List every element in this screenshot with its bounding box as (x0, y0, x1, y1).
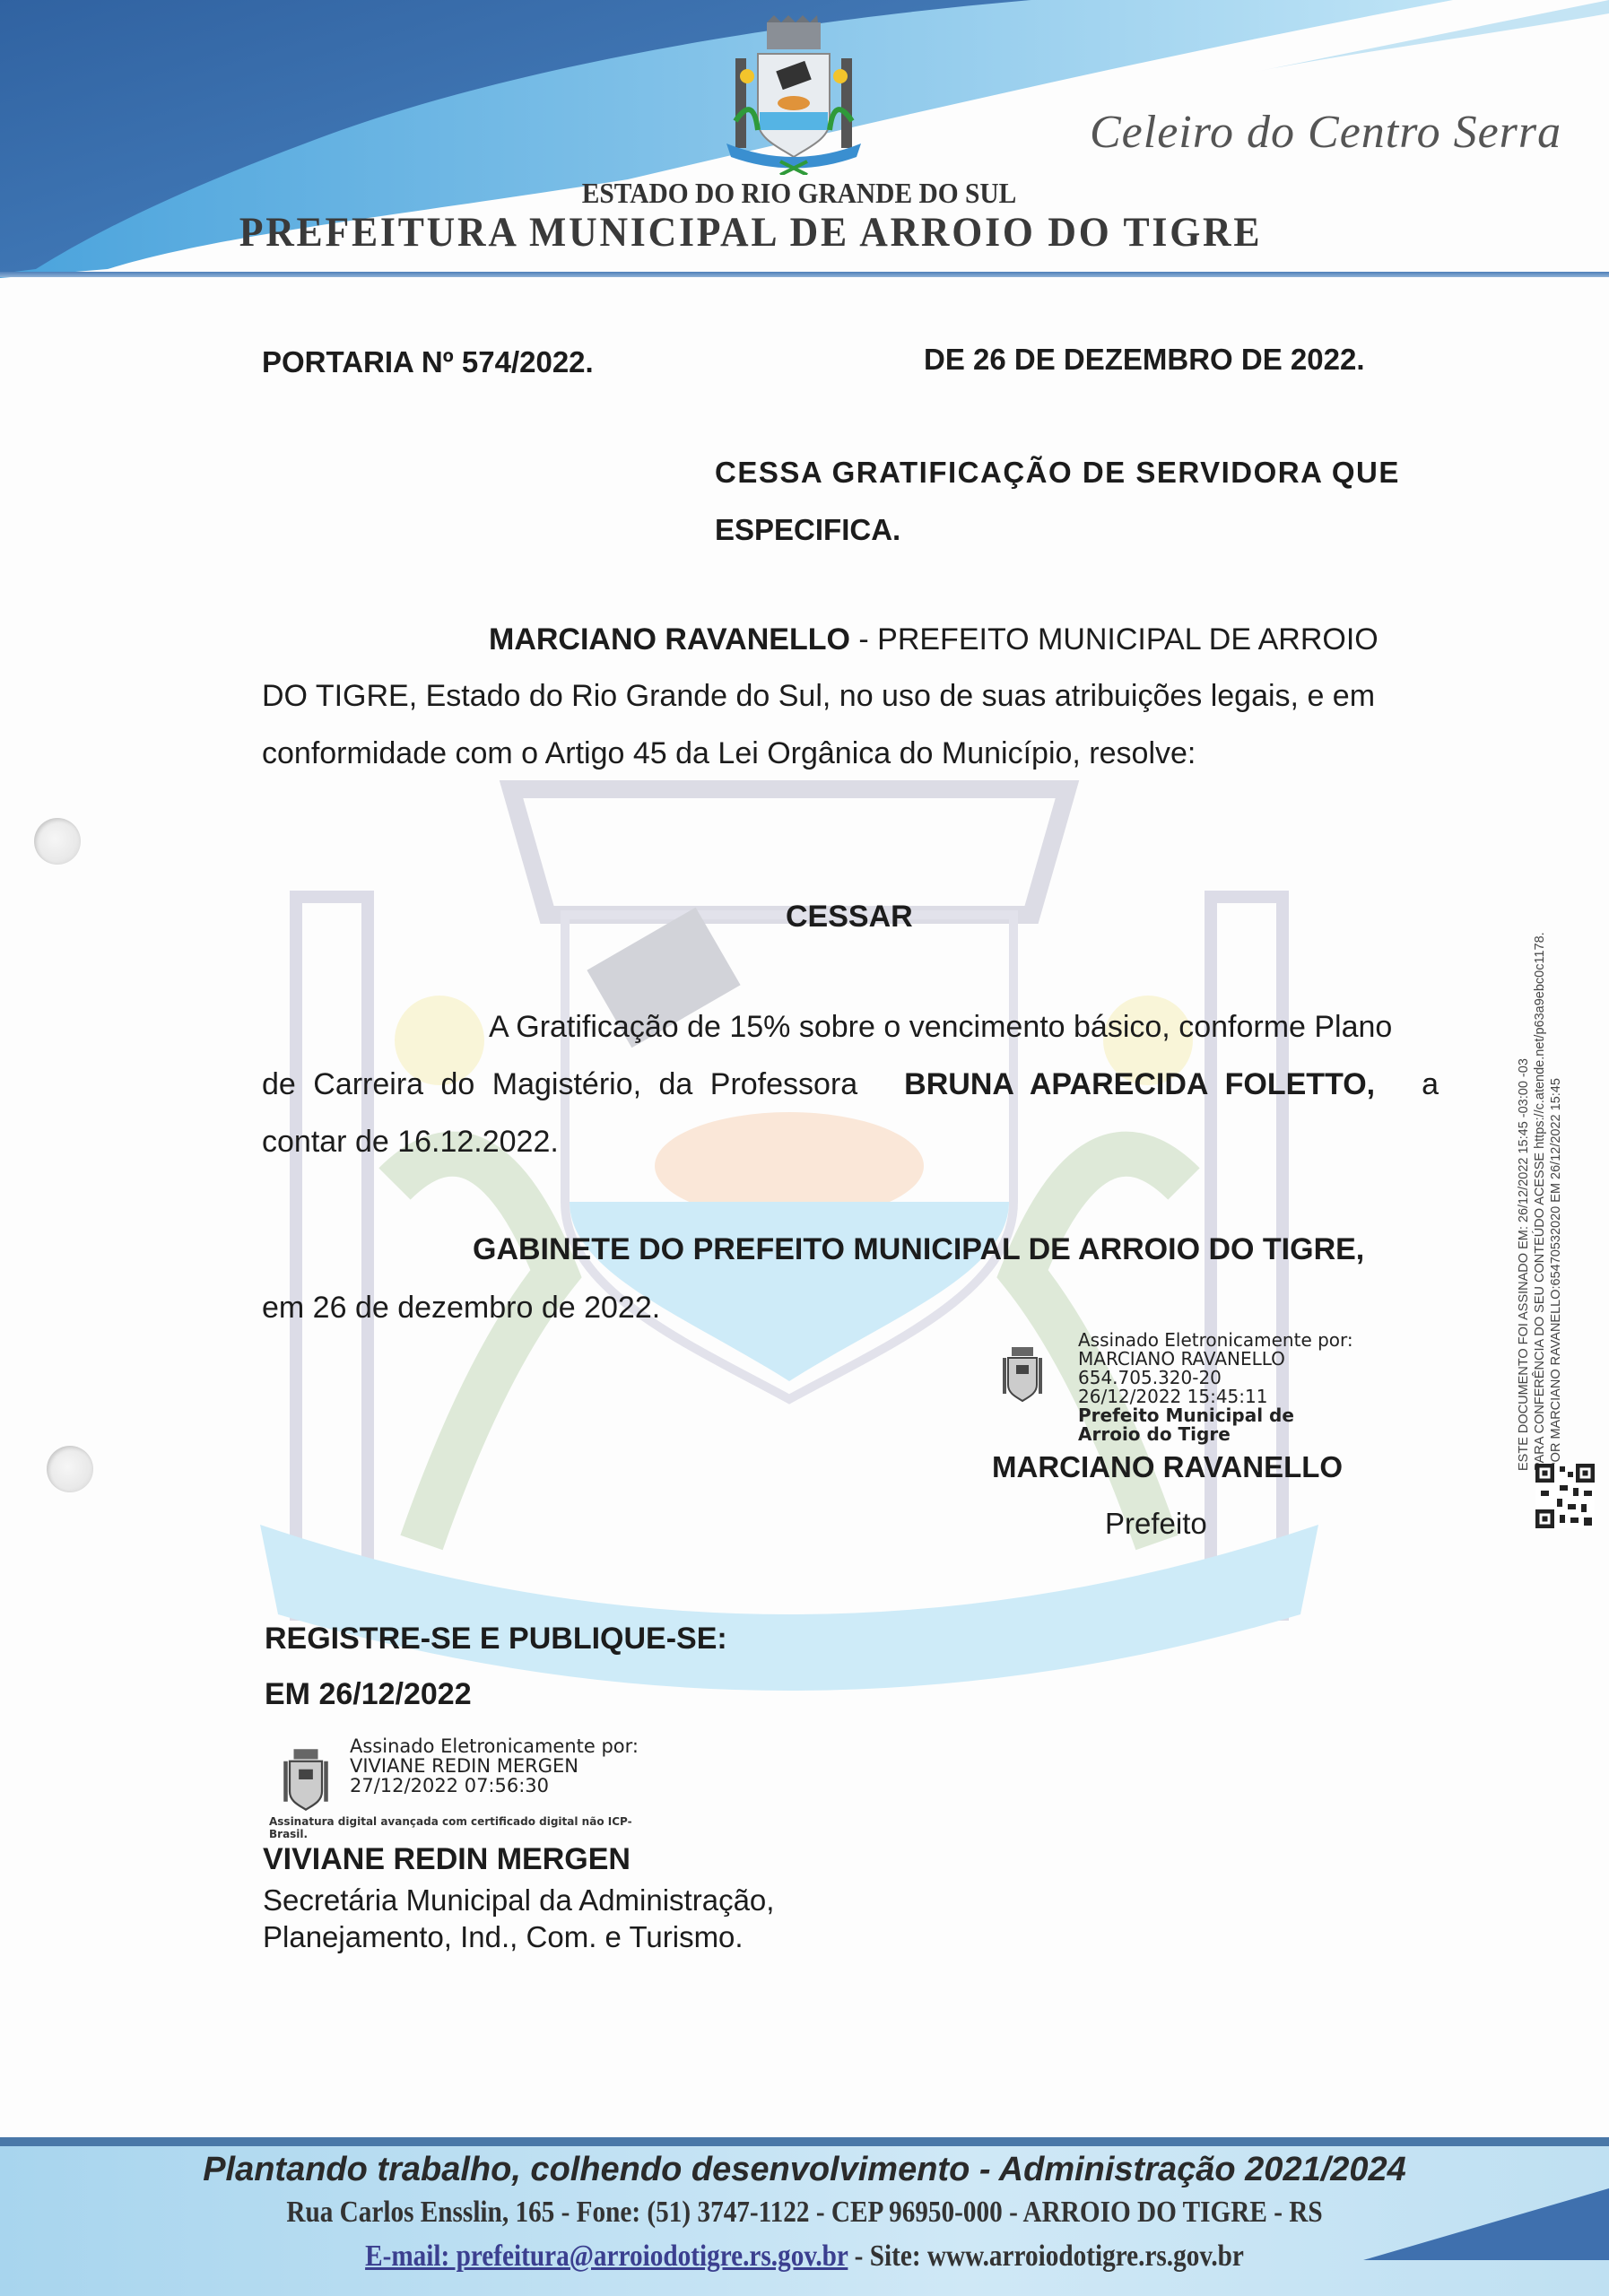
secretary-name: VIVIANE REDIN MERGEN (263, 1842, 631, 1877)
publication-order: REGISTRE-SE E PUBLIQUE-SE: (265, 1622, 727, 1657)
qr-code-icon[interactable] (1535, 1464, 1595, 1528)
mayor-e-signature-stamp: Assinado Eletronicamente por: MARCIANO R… (1078, 1331, 1353, 1444)
secretary-title: Secretária Municipal da Administração, P… (263, 1882, 774, 1955)
closing-line-2: em 26 de dezembro de 2022. (262, 1278, 660, 1337)
municipality-slogan: Celeiro do Centro Serra (1090, 106, 1561, 159)
mayor-title: Prefeito (1105, 1507, 1207, 1541)
state-name: ESTADO DO RIO GRANDE DO SUL (59, 177, 1539, 210)
email-link[interactable]: E-mail: prefeitura@arroiodotigre.rs.gov.… (365, 2239, 848, 2273)
closing-line-1: GABINETE DO PREFEITO MUNICIPAL DE ARROIO… (473, 1220, 1364, 1279)
digital-signature-note: Assinatura digital avançada com certific… (269, 1815, 632, 1840)
punch-hole (34, 818, 81, 865)
coat-of-arms-logo (718, 13, 870, 175)
ordinance-number: PORTARIA Nº 574/2022. (262, 345, 594, 379)
publication-date: EM 26/12/2022 (265, 1677, 472, 1712)
mayor-name: MARCIANO RAVANELLO (992, 1450, 1343, 1484)
footer-motto: Plantando trabalho, colhendo desenvolvim… (0, 2151, 1609, 2189)
punch-hole (47, 1446, 93, 1492)
preamble-line-3: conformidade com o Artigo 45 da Lei Orgâ… (262, 724, 1196, 783)
ordinance-date: DE 26 DE DEZEMBRO DE 2022. (924, 343, 1365, 377)
action-heading: CESSAR (786, 900, 913, 935)
preamble-line-2: DO TIGRE, Estado do Rio Grande do Sul, n… (262, 666, 1375, 726)
footer-contact: E-mail: prefeitura@arroiodotigre.rs.gov.… (113, 2239, 1497, 2274)
body-line-3: contar de 16.12.2022. (262, 1112, 559, 1171)
secretary-e-signature-stamp: Assinado Eletronicamente por: VIVIANE RE… (350, 1736, 639, 1796)
ordinance-summary-line-2: ESPECIFICA. (715, 513, 900, 547)
website-label: - Site: www.arroiodotigre.rs.gov.br (848, 2239, 1244, 2273)
footer-divider (0, 2137, 1609, 2146)
signature-seal-icon (1003, 1345, 1042, 1403)
body-line-2: de Carreira do Magistério, da Professora… (262, 1055, 1439, 1114)
teacher-name: BRUNA APARECIDA FOLETTO, (904, 1055, 1375, 1114)
preamble-line-1: MARCIANO RAVANELLO - PREFEITO MUNICIPAL … (489, 610, 1379, 669)
ordinance-summary-line-1: CESSA GRATIFICAÇÃO DE SERVIDORA QUE (715, 456, 1400, 490)
institution-name: PREFEITURA MUNICIPAL DE ARROIO DO TIGRE (3, 208, 1499, 257)
footer-address: Rua Carlos Ensslin, 165 - Fone: (51) 374… (113, 2196, 1497, 2230)
body-line-1: A Gratificação de 15% sobre o vencimento… (489, 997, 1392, 1057)
signature-seal-icon (274, 1747, 338, 1812)
mayor-name-inline: MARCIANO RAVANELLO (489, 622, 850, 657)
authentication-side-stamp: ESTE DOCUMENTO FOI ASSINADO EM: 26/12/20… (1516, 932, 1564, 1471)
header-divider (0, 272, 1609, 277)
